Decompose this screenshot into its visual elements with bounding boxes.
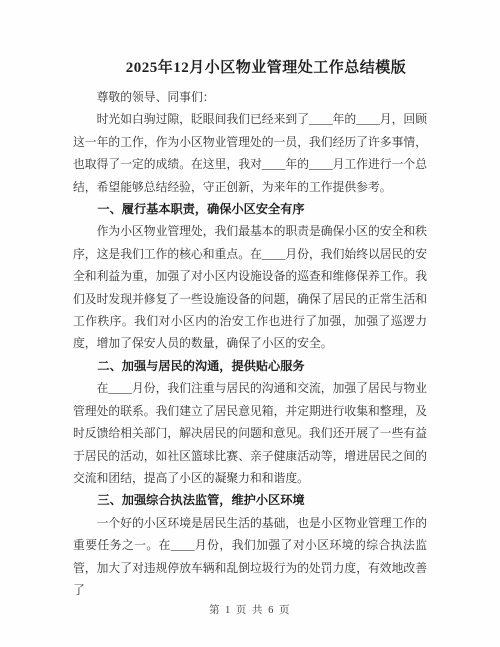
section-heading: 一、履行基本职责，确保小区安全有序 [73,198,427,220]
greeting-line: 尊敬的领导、同事们： [73,86,427,108]
section-heading: 三、加强综合执法监管，维护小区环境 [73,489,427,511]
body-paragraph: 时光如白驹过隙，眨眼间我们已经来到了____年的____月，回顾这一年的工作，作… [73,108,427,198]
document-body: 尊敬的领导、同事们： 时光如白驹过隙，眨眼间我们已经来到了____年的____月… [73,86,427,601]
body-paragraph: 作为小区物业管理处，我们最基本的职责是确保小区的安全和秩序，这是我们工作的核心和… [73,220,427,354]
body-paragraph: 在____月份，我们注重与居民的沟通和交流，加强了居民与物业管理处的联系。我们建… [73,377,427,489]
document-title: 2025年12月小区物业管理处工作总结模版 [16,0,500,79]
section-heading: 二、加强与居民的沟通，提供贴心服务 [73,355,427,377]
page-footer: 第 1 页 共 6 页 [0,600,500,618]
document-page: 2025年12月小区物业管理处工作总结模版 尊敬的领导、同事们： 时光如白驹过隙… [0,0,500,647]
body-paragraph: 一个好的小区环境是居民生活的基础，也是小区物业管理工作的重要任务之一。在____… [73,512,427,602]
page-number: 第 1 页 共 6 页 [209,605,291,616]
